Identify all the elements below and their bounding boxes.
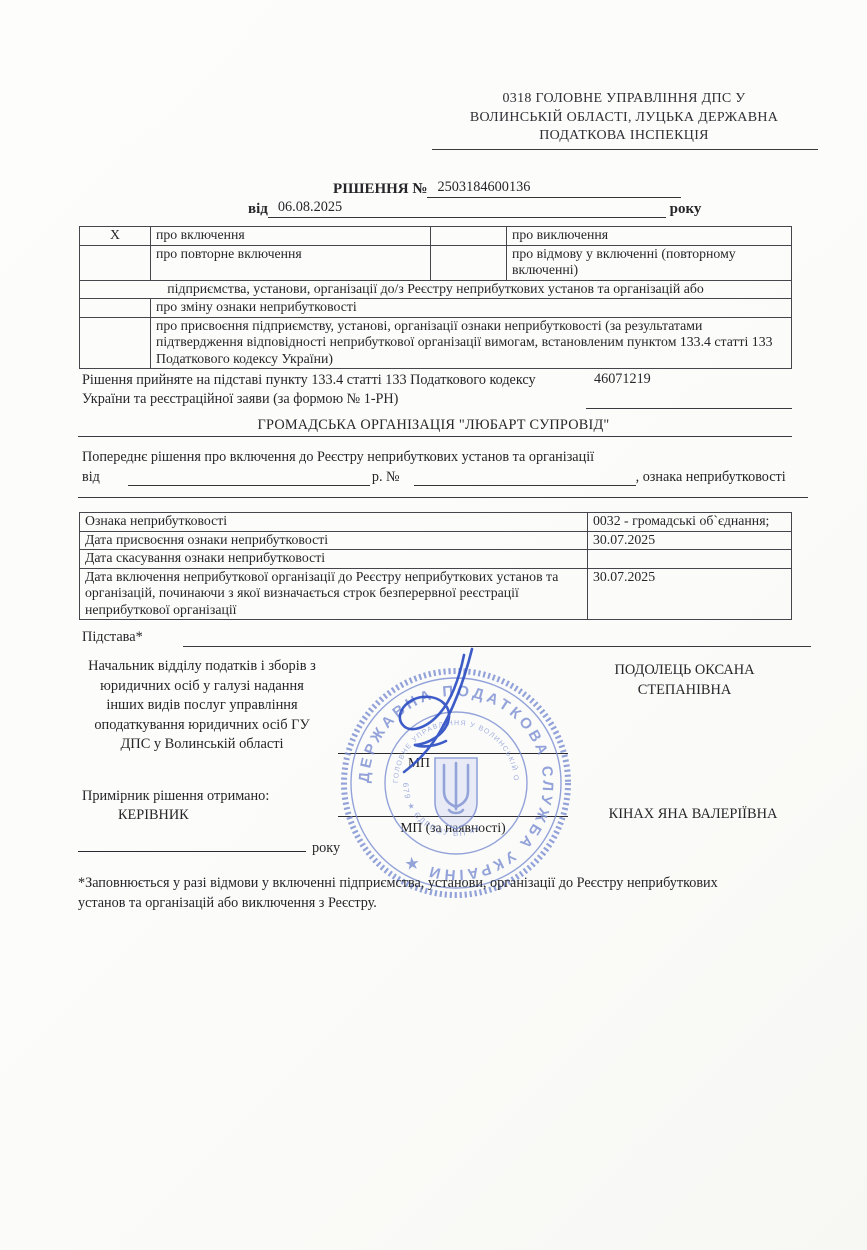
detail-value: 30.07.2025 (588, 568, 792, 620)
option-label-include: про включення (151, 227, 431, 246)
svg-text:ДЕРЖАВНА ПОДАТКОВА СЛУЖБА УКРА: ДЕРЖАВНА ПОДАТКОВА СЛУЖБА УКРАЇНИ ★ (356, 683, 556, 884)
detail-value: 30.07.2025 (588, 531, 792, 550)
organization-underline (78, 436, 792, 437)
option-label-change: про зміну ознаки неприбутковості (151, 299, 792, 318)
option-label-assign: про присвоєння підприємству, установі, о… (151, 317, 792, 369)
prev-sign-label: , ознака неприбутковості (636, 469, 786, 485)
edrpou-code: 46071219 (594, 371, 651, 388)
stamp-ring (351, 678, 561, 888)
table-row: Дата скасування ознаки неприбутковості (80, 550, 792, 569)
code-underline (586, 408, 792, 409)
decision-title-label: РІШЕННЯ № (333, 181, 427, 197)
detail-label: Ознака неприбутковості (80, 513, 588, 532)
signatory-name: ПОДОЛЕЦЬ ОКСАНА СТЕПАНІВНА (582, 661, 787, 700)
signatory-position: Начальник відділу податків і зборів з юр… (84, 657, 320, 755)
date-received-line (78, 851, 306, 852)
mp-optional-label: МП (за наявності) (350, 820, 556, 836)
detail-label: Дата присвоєння ознаки неприбутковості (80, 531, 588, 550)
official-stamp: ДЕРЖАВНА ПОДАТКОВА СЛУЖБА УКРАЇНИ ★ ГОЛО… (337, 664, 575, 902)
organization-name: ГРОМАДСЬКА ОРГАНІЗАЦІЯ "ЛЮБАРТ СУПРОВІД" (0, 417, 867, 434)
prev-number-field (414, 468, 636, 486)
letterhead-line: 0318 ГОЛОВНЕ УПРАВЛІННЯ ДПС У (428, 90, 820, 109)
mp-label: МП (408, 755, 430, 771)
checkbox-cell-reinclude (80, 245, 151, 280)
table-row: про повторне включення про відмову у вкл… (80, 245, 792, 280)
signature-ink (360, 645, 510, 780)
year-label: року (670, 201, 702, 217)
table-row: X про включення про виключення (80, 227, 792, 246)
date-from-label: від (248, 201, 268, 217)
table-row: Дата присвоєння ознаки неприбутковості 3… (80, 531, 792, 550)
stamp-outer-text: ДЕРЖАВНА ПОДАТКОВА СЛУЖБА УКРАЇНИ ★ (356, 683, 556, 884)
decision-title-line: РІШЕННЯ №2503184600136 (333, 179, 681, 198)
table-row: про присвоєння підприємству, установі, о… (80, 317, 792, 369)
option-label-reinclude: про повторне включення (151, 245, 431, 280)
decision-options-table: X про включення про виключення про повто… (79, 226, 792, 369)
table-row: Дата включення неприбуткової організації… (80, 568, 792, 620)
stamp-outer-border (344, 671, 568, 895)
decision-number-field: 2503184600136 (427, 179, 681, 198)
detail-value (588, 550, 792, 569)
checkbox-cell-refuse (431, 245, 507, 280)
letterhead-line: ВОЛИНСЬКІЙ ОБЛАСТІ, ЛУЦЬКА ДЕРЖАВНА (428, 109, 820, 128)
nonprofit-details-table: Ознака неприбутковості 0032 - громадські… (79, 512, 792, 620)
table-row: про зміну ознаки неприбутковості (80, 299, 792, 318)
detail-label: Дата включення неприбуткової організації… (80, 568, 588, 620)
ground-underline (183, 646, 811, 647)
year-label-bottom: року (312, 840, 340, 857)
footnote-text: *Заповнюється у разі відмови у включенні… (78, 874, 738, 913)
option-label-refuse: про відмову у включенні (повторному вклю… (507, 245, 792, 280)
checkbox-cell-include: X (80, 227, 151, 246)
recipient-name: КІНАХ ЯНА ВАЛЕРІЇВНА (593, 805, 793, 825)
prev-from-label: від (82, 469, 100, 485)
previous-decision-text: Попереднє рішення про включення до Реєст… (82, 449, 594, 466)
checkbox-cell-assign (80, 317, 151, 369)
decision-date-field: 06.08.2025 (268, 199, 666, 218)
stamp-shield (435, 758, 477, 829)
signature-line (338, 753, 568, 754)
table-row: Ознака неприбутковості 0032 - громадські… (80, 513, 792, 532)
ground-label: Підстава* (82, 629, 143, 646)
checkbox-cell-change (80, 299, 151, 318)
table-row: підприємства, установи, організації до/з… (80, 280, 792, 299)
copy-recipient-role: КЕРІВНИК (118, 807, 189, 824)
recipient-signature-line (338, 816, 568, 817)
option-label-exclude: про виключення (507, 227, 792, 246)
prev-rn-label: р. № (372, 469, 400, 485)
letterhead: 0318 ГОЛОВНЕ УПРАВЛІННЯ ДПС У ВОЛИНСЬКІЙ… (428, 90, 820, 146)
prev-date-field (128, 468, 370, 486)
detail-value: 0032 - громадські об`єднання; (588, 513, 792, 532)
detail-label: Дата скасування ознаки неприбутковості (80, 550, 588, 569)
letterhead-line: ПОДАТКОВА ІНСПЕКЦІЯ (428, 127, 820, 146)
copy-received-label: Примірник рішення отримано: (82, 788, 269, 805)
basis-paragraph: Рішення прийняте на підставі пункту 133.… (82, 371, 574, 408)
decision-date-line: від06.08.2025 року (248, 199, 701, 218)
trident-icon (444, 763, 468, 813)
scanned-decision-document: 0318 ГОЛОВНЕ УПРАВЛІННЯ ДПС У ВОЛИНСЬКІЙ… (0, 0, 867, 1250)
previous-sign-underline (78, 497, 808, 498)
register-span-text: підприємства, установи, організації до/з… (80, 280, 792, 299)
letterhead-underline (432, 149, 818, 150)
previous-decision-fields: відр. №, ознака неприбутковості (82, 468, 786, 486)
checkbox-cell-exclude (431, 227, 507, 246)
